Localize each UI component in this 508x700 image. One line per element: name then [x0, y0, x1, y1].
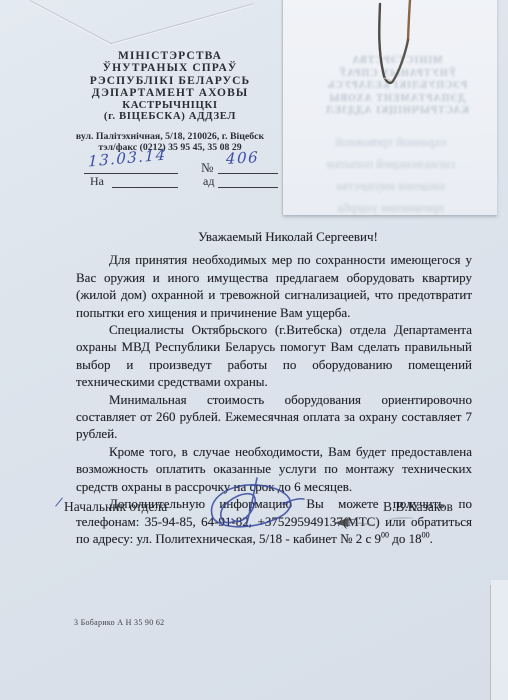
- bleed-line: ДЭПАРТАМЕНТ АХОВЫ: [311, 93, 483, 106]
- paper-edge-shading: [491, 580, 508, 700]
- paper-edge-line: [490, 585, 491, 700]
- paragraph: Для принятия необходимых мер по сохранно…: [76, 251, 472, 321]
- signature-scribble: [203, 474, 308, 546]
- office-hours-sup: 00: [422, 531, 430, 540]
- contact-text: до 18: [389, 531, 422, 546]
- bleedthrough-body: охранной тревожной сигнализацией попытки…: [291, 131, 491, 219]
- crease-line: [30, 0, 113, 45]
- bleed-line: КАСТРЫЧНІЦКІ АДДЗЕЛ: [311, 105, 483, 118]
- letterhead-line: (г. ВІЦЕБСКА) АДДЗЕЛ: [58, 111, 282, 123]
- crease-line: [111, 3, 254, 44]
- office-hours-sup: 00: [381, 531, 389, 540]
- bleed-line: сигнализацией попытки: [291, 153, 491, 175]
- bleed-line: хищения имущества: [291, 175, 491, 197]
- paragraph: Специалисты Октябрьского (г.Витебска) от…: [76, 321, 472, 391]
- contact-text: .: [430, 531, 433, 546]
- letterhead: МІНІСТЭРСТВА ЎНУТРАНЫХ СПРАЎ РЭСПУБЛІКІ …: [58, 50, 282, 153]
- paperclip-icon: [372, 0, 418, 92]
- letterhead-line: МІНІСТЭРСТВА: [58, 50, 282, 62]
- signer-position: Начальник отдела: [64, 499, 167, 515]
- salutation: Уважаемый Николай Сергеевич!: [76, 228, 472, 245]
- paragraph: Минимальная стоимость оборудования ориен…: [76, 391, 472, 443]
- letterhead-line: ЎНУТРАНЫХ СПРАЎ: [58, 62, 282, 74]
- signer-name: В.В.Казаков: [383, 499, 453, 515]
- handwritten-number: 406: [226, 148, 259, 168]
- na-underline: [112, 187, 178, 188]
- na-label: На: [90, 174, 104, 189]
- bleed-line: охранной тревожной: [291, 131, 491, 153]
- letterhead-address: вул. Палітэхнічная, 5/18, 210026, г. Віц…: [58, 131, 282, 142]
- letterhead-line: ДЭПАРТАМЕНТ АХОВЫ: [58, 87, 282, 99]
- pen-tick-mark: /: [56, 495, 64, 510]
- ad-underline: [218, 187, 278, 188]
- ad-label: ад: [203, 174, 214, 189]
- scanned-letter: МІНІСТЭРСТВА ЎНУТРАНЫХ СПРАЎ РЭСПУБЛІКІ …: [0, 0, 508, 700]
- number-underline: [218, 173, 278, 174]
- ink-arrow-smudge: [334, 516, 380, 530]
- bleed-line: причинение ущерба: [291, 197, 491, 219]
- letterhead-line: РЭСПУБЛІКІ БЕЛАРУСЬ: [58, 75, 282, 87]
- executor-footnote: 3 Бобарико А Н 35 90 62: [74, 618, 164, 627]
